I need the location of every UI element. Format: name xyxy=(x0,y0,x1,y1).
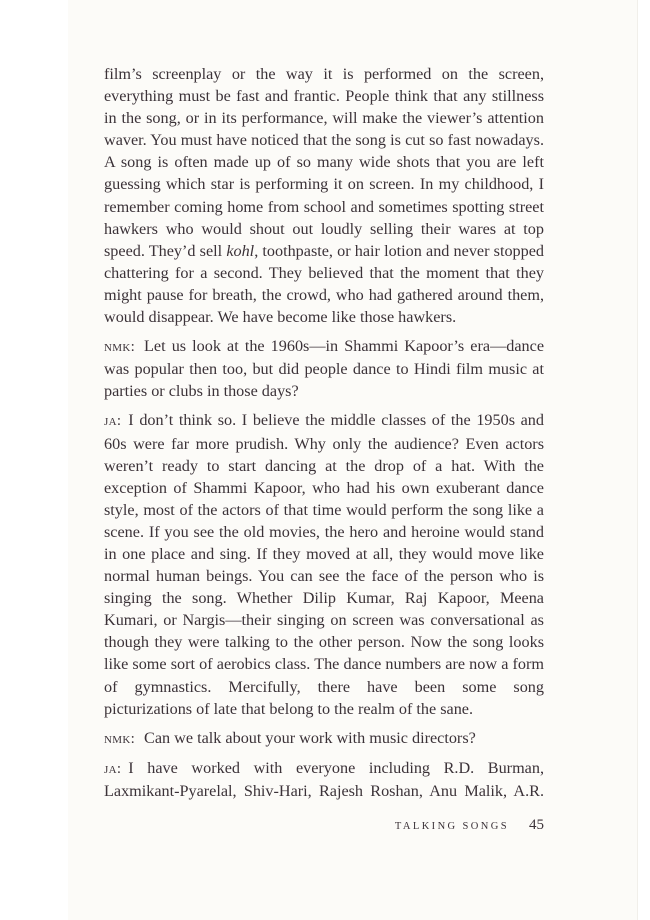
question-text: Can we talk about your work with music d… xyxy=(144,729,476,747)
italic-word-kohl: kohl xyxy=(226,242,254,260)
speaker-label-ja: JA: xyxy=(104,413,121,429)
continued-paragraph: film’s screenplay or the way it is perfo… xyxy=(104,63,544,328)
paragraph-text: film’s screenplay or the way it is perfo… xyxy=(104,65,544,260)
interview-question: NMK:Let us look at the 1960s—in Shammi K… xyxy=(104,335,544,402)
speaker-label-nmk: NMK: xyxy=(104,339,135,355)
speaker-label-nmk: NMK: xyxy=(104,731,135,747)
page-number: 45 xyxy=(529,817,544,834)
running-head: TALKING SONGS xyxy=(395,821,509,832)
page-body-text: film’s screenplay or the way it is perfo… xyxy=(104,63,544,802)
question-text: Let us look at the 1960s—in Shammi Kapoo… xyxy=(104,337,544,400)
interview-answer: JA:I have worked with everyone including… xyxy=(104,757,544,802)
interview-answer: JA:I don’t think so. I believe the middl… xyxy=(104,409,544,719)
page-footer: TALKING SONGS 45 xyxy=(380,817,544,834)
speaker-label-ja: JA: xyxy=(104,761,121,777)
answer-text: I don’t think so. I believe the middle c… xyxy=(104,411,544,717)
answer-text: I have worked with everyone including R.… xyxy=(104,759,544,800)
interview-question: NMK:Can we talk about your work with mus… xyxy=(104,727,544,750)
